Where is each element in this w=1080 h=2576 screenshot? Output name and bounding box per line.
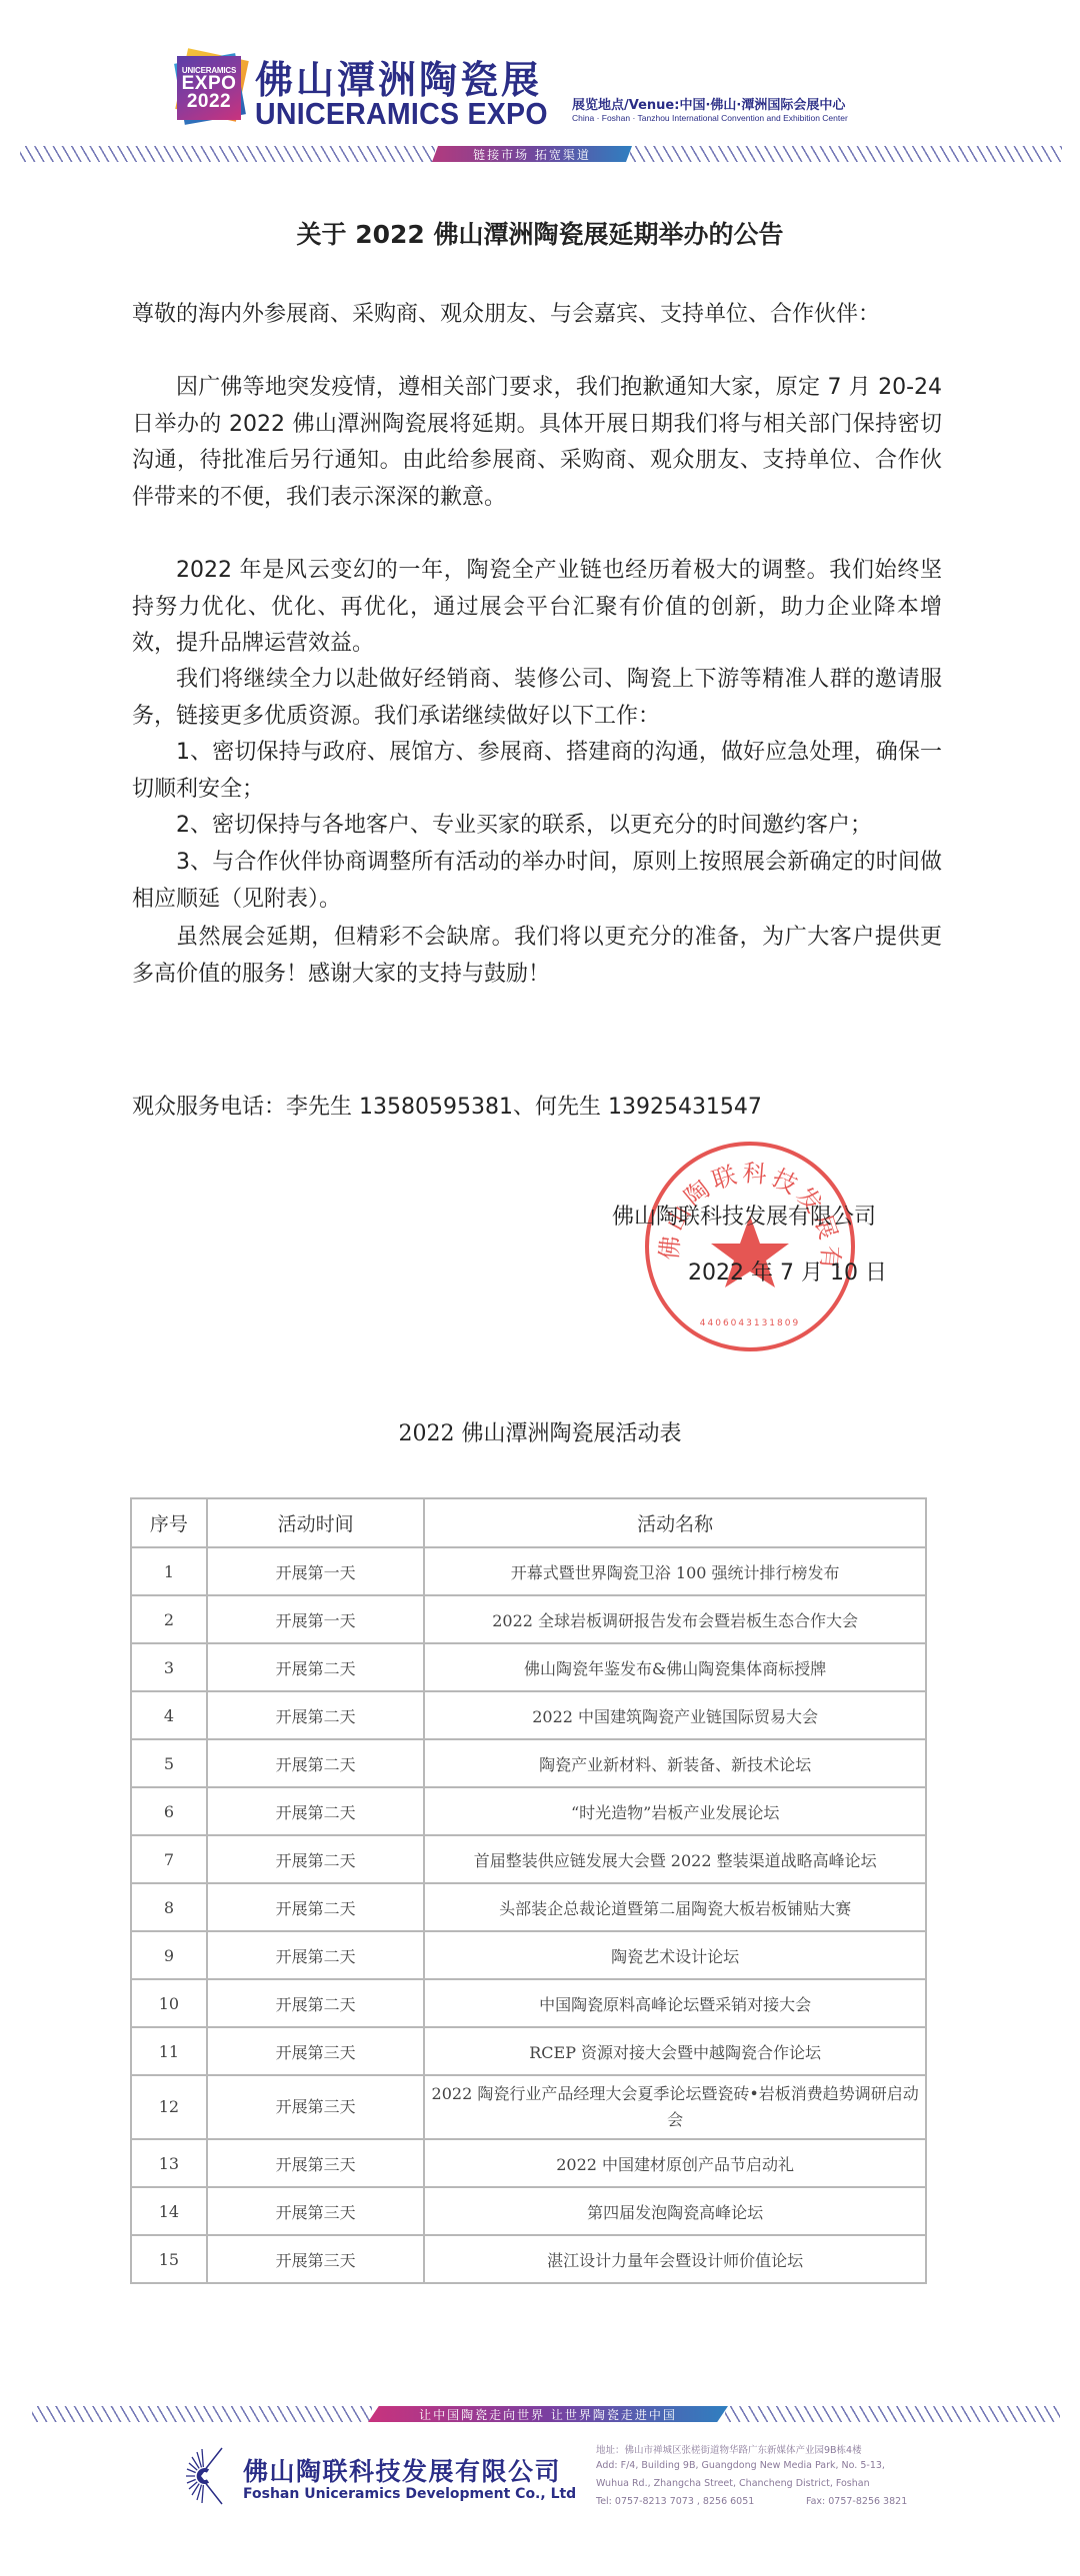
hotline: 观众服务电话：李先生 13580595381、何先生 13925431547 [132, 1090, 942, 1127]
table-row: 1开展第一天开幕式暨世界陶瓷卫浴 100 强统计排行榜发布 [131, 1547, 926, 1595]
venue-cn: 展览地点/Venue:中国·佛山·潭洲国际会展中心 [572, 94, 845, 113]
commitment-item-2: 2、密切保持与各地客户、专业买家的联系，以更充分的时间邀约客户； [132, 808, 942, 845]
cell-name: “时光造物”岩板产业发展论坛 [424, 1787, 926, 1835]
footer-slogan: 让中国陶瓷走向世界 让世界陶瓷走进中国 [368, 2406, 728, 2422]
cell-no: 3 [131, 1643, 207, 1691]
cell-name: 中国陶瓷原料高峰论坛暨采销对接大会 [424, 1979, 926, 2027]
cell-time: 开展第二天 [207, 1739, 424, 1787]
table-row: 10开展第二天中国陶瓷原料高峰论坛暨采销对接大会 [131, 1979, 926, 2027]
cell-no: 11 [131, 2027, 207, 2075]
col-header-time: 活动时间 [207, 1498, 424, 1547]
cell-name: RCEP 资源对接大会暨中越陶瓷合作论坛 [424, 2027, 926, 2075]
cell-no: 2 [131, 1595, 207, 1643]
table-row: 3开展第二天佛山陶瓷年鉴发布&佛山陶瓷集体商标授牌 [131, 1643, 926, 1691]
cell-name: 2022 陶瓷行业产品经理大会夏季论坛暨瓷砖•岩板消费趋势调研启动会 [424, 2075, 926, 2139]
footer-company-cn: 佛山陶联科技发展有限公司 [243, 2452, 561, 2488]
footer-address-en2: Wuhua Rd., Zhangcha Street, Chancheng Di… [596, 2478, 870, 2489]
badge-line3: 2022 [187, 93, 231, 111]
footer-fax: Fax: 0757-8256 3821 [806, 2496, 907, 2507]
company-logo-icon [182, 2444, 244, 2506]
schedule-table: 序号 活动时间 活动名称 1开展第一天开幕式暨世界陶瓷卫浴 100 强统计排行榜… [130, 1497, 927, 2284]
paragraph-2: 2022 年是风云变幻的一年，陶瓷全产业链也经历着极大的调整。我们始终坚持努力优… [132, 553, 942, 663]
svg-text:4406043131809: 4406043131809 [700, 1318, 800, 1328]
cell-name: 佛山陶瓷年鉴发布&佛山陶瓷集体商标授牌 [424, 1643, 926, 1691]
badge-line2: EXPO [182, 75, 237, 93]
cell-no: 14 [131, 2187, 207, 2235]
cell-name: 陶瓷产业新材料、新装备、新技术论坛 [424, 1739, 926, 1787]
table-row: 6开展第二天“时光造物”岩板产业发展论坛 [131, 1787, 926, 1835]
venue-en: China · Foshan · Tanzhou International C… [572, 113, 848, 123]
header-slogan: 链接市场 拓宽渠道 [432, 146, 632, 162]
header-stripe-left [20, 146, 435, 162]
table-row: 15开展第三天湛江设计力量年会暨设计师价值论坛 [131, 2235, 926, 2283]
signature-date: 2022 年 7 月 10 日 [688, 1256, 887, 1287]
cell-time: 开展第三天 [207, 2235, 424, 2283]
cell-no: 7 [131, 1835, 207, 1883]
cell-no: 9 [131, 1931, 207, 1979]
paragraph-closing: 虽然展会延期，但精彩不会缺席。我们将以更充分的准备，为广大客户提供更多高价值的服… [132, 920, 942, 993]
table-row: 11开展第三天RCEP 资源对接大会暨中越陶瓷合作论坛 [131, 2027, 926, 2075]
footer-address-cn: 地址：佛山市禅城区张槎街道物华路广东新媒体产业园9B栋4楼 [596, 2442, 862, 2456]
cell-time: 开展第一天 [207, 1595, 424, 1643]
paragraph-1: 因广佛等地突发疫情，遵相关部门要求，我们抱歉通知大家，原定 7 月 20-24 … [132, 370, 942, 516]
cell-time: 开展第三天 [207, 2187, 424, 2235]
cell-name: 头部装企总裁论道暨第二届陶瓷大板岩板铺贴大赛 [424, 1883, 926, 1931]
cell-time: 开展第三天 [207, 2139, 424, 2187]
cell-time: 开展第二天 [207, 1979, 424, 2027]
footer-address-en1: Add: F/4, Building 9B, Guangdong New Med… [596, 2460, 885, 2471]
paragraph-3: 我们将继续全力以赴做好经销商、装修公司、陶瓷上下游等精准人群的邀请服务，链接更多… [132, 662, 942, 735]
table-row: 2开展第一天2022 全球岩板调研报告发布会暨岩板生态合作大会 [131, 1595, 926, 1643]
company-seal: 佛山陶联科技发展有限公司 4406043131809 [645, 1142, 855, 1351]
header-stripe-right [630, 146, 1062, 162]
cell-no: 8 [131, 1883, 207, 1931]
schedule-title: 2022 佛山潭洲陶瓷展活动表 [0, 1416, 1080, 1447]
table-row: 4开展第二天2022 中国建筑陶瓷产业链国际贸易大会 [131, 1691, 926, 1739]
cell-no: 5 [131, 1739, 207, 1787]
col-header-no: 序号 [131, 1498, 207, 1547]
cell-name: 2022 中国建材原创产品节启动礼 [424, 2139, 926, 2187]
footer-stripe-right [725, 2406, 1060, 2422]
cell-no: 1 [131, 1547, 207, 1595]
announcement-title: 关于 2022 佛山潭洲陶瓷展延期举办的公告 [0, 215, 1080, 251]
cell-no: 10 [131, 1979, 207, 2027]
footer-stripe-left [32, 2406, 372, 2422]
col-header-name: 活动名称 [424, 1498, 926, 1547]
expo-logo-badge: UNICERAMICS EXPO 2022 [175, 52, 247, 124]
cell-time: 开展第三天 [207, 2075, 424, 2139]
footer-contact: Tel: 0757-8213 7073 , 8256 6051 Fax: 075… [596, 2496, 926, 2507]
commitment-item-1: 1、密切保持与政府、展馆方、参展商、搭建商的沟通，做好应急处理，确保一切顺利安全… [132, 735, 942, 808]
commitment-item-3: 3、与合作伙伴协商调整所有活动的举办时间，原则上按照展会新确定的时间做相应顺延（… [132, 845, 942, 918]
cell-no: 4 [131, 1691, 207, 1739]
cell-no: 15 [131, 2235, 207, 2283]
table-row: 9开展第二天陶瓷艺术设计论坛 [131, 1931, 926, 1979]
cell-time: 开展第二天 [207, 1931, 424, 1979]
cell-name: 开幕式暨世界陶瓷卫浴 100 强统计排行榜发布 [424, 1547, 926, 1595]
cell-time: 开展第三天 [207, 2027, 424, 2075]
table-row: 12开展第三天2022 陶瓷行业产品经理大会夏季论坛暨瓷砖•岩板消费趋势调研启动… [131, 2075, 926, 2139]
footer-company-en: Foshan Uniceramics Development Co., Ltd [243, 2486, 576, 2502]
cell-name: 陶瓷艺术设计论坛 [424, 1931, 926, 1979]
table-row: 7开展第二天首届整装供应链发展大会暨 2022 整装渠道战略高峰论坛 [131, 1835, 926, 1883]
signature-company: 佛山陶联科技发展有限公司 [612, 1200, 876, 1231]
salutation: 尊敬的海内外参展商、采购商、观众朋友、与会嘉宾、支持单位、合作伙伴： [132, 297, 942, 334]
letterhead-header: UNICERAMICS EXPO 2022 佛山潭洲陶瓷展 UNICERAMIC… [0, 0, 1080, 175]
cell-name: 第四届发泡陶瓷高峰论坛 [424, 2187, 926, 2235]
cell-time: 开展第二天 [207, 1691, 424, 1739]
cell-time: 开展第二天 [207, 1835, 424, 1883]
seal-star-icon: 佛山陶联科技发展有限公司 4406043131809 [649, 1146, 851, 1347]
footer-tel: Tel: 0757-8213 7073 , 8256 6051 [596, 2496, 754, 2507]
brand-name-en: UNICERAMICS EXPO [255, 96, 548, 132]
cell-no: 12 [131, 2075, 207, 2139]
table-header-row: 序号 活动时间 活动名称 [131, 1498, 926, 1547]
cell-time: 开展第二天 [207, 1643, 424, 1691]
cell-no: 13 [131, 2139, 207, 2187]
cell-no: 6 [131, 1787, 207, 1835]
cell-time: 开展第二天 [207, 1883, 424, 1931]
table-row: 8开展第二天头部装企总裁论道暨第二届陶瓷大板岩板铺贴大赛 [131, 1883, 926, 1931]
cell-name: 首届整装供应链发展大会暨 2022 整装渠道战略高峰论坛 [424, 1835, 926, 1883]
table-row: 13开展第三天2022 中国建材原创产品节启动礼 [131, 2139, 926, 2187]
cell-time: 开展第二天 [207, 1787, 424, 1835]
table-row: 5开展第二天陶瓷产业新材料、新装备、新技术论坛 [131, 1739, 926, 1787]
table-row: 14开展第三天第四届发泡陶瓷高峰论坛 [131, 2187, 926, 2235]
cell-name: 湛江设计力量年会暨设计师价值论坛 [424, 2235, 926, 2283]
cell-time: 开展第一天 [207, 1547, 424, 1595]
cell-name: 2022 中国建筑陶瓷产业链国际贸易大会 [424, 1691, 926, 1739]
cell-name: 2022 全球岩板调研报告发布会暨岩板生态合作大会 [424, 1595, 926, 1643]
